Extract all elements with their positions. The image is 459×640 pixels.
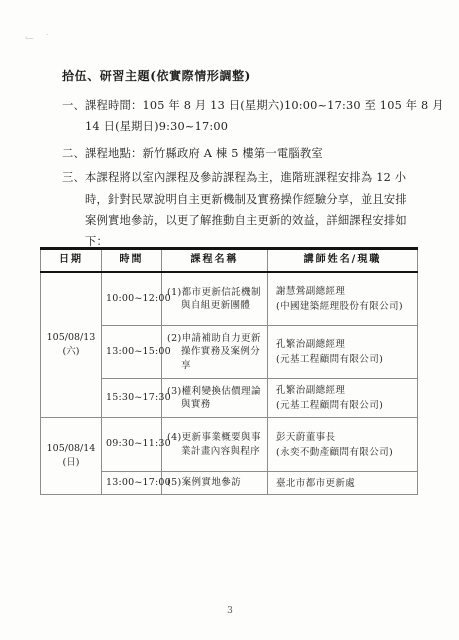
time-cell: 10:00~12:00 [102,272,162,326]
lecturer-name: 孔繁治副總經理 [276,383,413,398]
date-value: 105/08/14 [45,442,97,456]
lecturer-org: (永奕不動產顧問有限公司) [276,445,413,460]
intro-item-course-time: 一、課程時間：105 年 8 月 13 日(星期六)10:00~17:30 至 … [62,95,422,138]
lecturer-org: (元基工程顧問有限公司) [276,352,413,367]
lecturer-cell: 孔繁治副總經理 (元基工程顧問有限公司) [268,379,418,418]
course-name: (4)更新事業概要與事業計畫內容與程序 [167,431,269,458]
page-number: 3 [222,606,238,616]
text-line: 案例實地參訪，以更了解推動自主更新的效益，詳細課程安排如 [62,210,422,231]
table-header-row: 日期 時間 課程名稱 講師姓名/現職 [41,249,418,273]
course-cell: (2)申請補助自力更新操作實務及案例分享 [162,326,268,379]
course-name: (5)案例實地參訪 [167,476,269,490]
course-cell: (1)都市更新信託機制與自組更新團體 [162,272,268,326]
course-name: (3)權利變換估價理論與實務 [167,385,269,412]
text-line: 一、課程時間：105 年 8 月 13 日(星期六)10:00~17:30 至 … [62,95,422,116]
text-line: 三、本課程將以室內課程及參訪課程為主，進階班課程安排為 12 小 [62,167,422,188]
lecturer-name: 臺北市都市更新處 [276,476,413,491]
date-cell: 105/08/13 (六) [41,272,102,418]
text-line: 14 日(星期日)9:30~17:00 [62,116,422,137]
section-title: 拾伍、研習主題(依實際情形調整) [62,67,251,84]
header-lecturer: 講師姓名/現職 [268,249,418,273]
header-date: 日期 [41,249,102,273]
intro-item-course-description: 三、本課程將以室內課程及參訪課程為主，進階班課程安排為 12 小 時，針對民眾說… [62,167,422,253]
intro-item-course-location: 二、課程地點：新竹縣政府 A 棟 5 樓第一電腦教室 [62,143,422,164]
scan-artifact: · [46,31,48,39]
course-cell: (4)更新事業概要與事業計畫內容與程序 [162,418,268,472]
header-course-name: 課程名稱 [162,249,268,273]
header-time: 時間 [102,249,162,273]
course-name: (1)都市更新信託機制與自組更新團體 [167,286,269,313]
lecturer-cell: 孔繁治副總經理 (元基工程顧問有限公司) [268,326,418,379]
weekday-value: (六) [45,345,97,359]
course-schedule-table: 日期 時間 課程名稱 講師姓名/現職 105/08/13 (六) 10:00~1… [40,247,418,495]
intro-paragraphs: 一、課程時間：105 年 8 月 13 日(星期六)10:00~17:30 至 … [62,95,422,253]
text-line: 時，針對民眾說明自主更新機制及實務操作經驗分享，並且安排 [62,189,422,210]
course-cell: (3)權利變換估價理論與實務 [162,379,268,418]
lecturer-name: 彭天蔚董事長 [276,430,413,445]
lecturer-cell: 謝慧鶯副總經理 (中國建築經理股份有限公司) [268,272,418,326]
course-cell: (5)案例實地參訪 [162,472,268,495]
table-row: 105/08/13 (六) 10:00~12:00 (1)都市更新信託機制與自組… [41,272,418,326]
time-cell: 09:30~11:30 [102,418,162,472]
time-cell: 13:00~17:00 [102,472,162,495]
scanned-document-page: ‹— · 拾伍、研習主題(依實際情形調整) 一、課程時間：105 年 8 月 1… [0,0,459,640]
course-name: (2)申請補助自力更新操作實務及案例分享 [167,332,269,373]
lecturer-name: 謝慧鶯副總經理 [276,284,413,299]
table-row: 105/08/14 (日) 09:30~11:30 (4)更新事業概要與事業計畫… [41,418,418,472]
lecturer-cell: 彭天蔚董事長 (永奕不動產顧問有限公司) [268,418,418,472]
text-line: 二、課程地點：新竹縣政府 A 棟 5 樓第一電腦教室 [62,143,422,164]
weekday-value: (日) [45,456,97,470]
date-cell: 105/08/14 (日) [41,418,102,495]
time-cell: 15:30~17:30 [102,379,162,418]
lecturer-cell: 臺北市都市更新處 [268,472,418,495]
lecturer-org: (元基工程顧問有限公司) [276,398,413,413]
time-cell: 13:00~15:00 [102,326,162,379]
scan-artifact: ‹— [25,34,33,42]
lecturer-name: 孔繁治副總經理 [276,337,413,352]
lecturer-org: (中國建築經理股份有限公司) [276,299,413,314]
date-value: 105/08/13 [45,331,97,345]
